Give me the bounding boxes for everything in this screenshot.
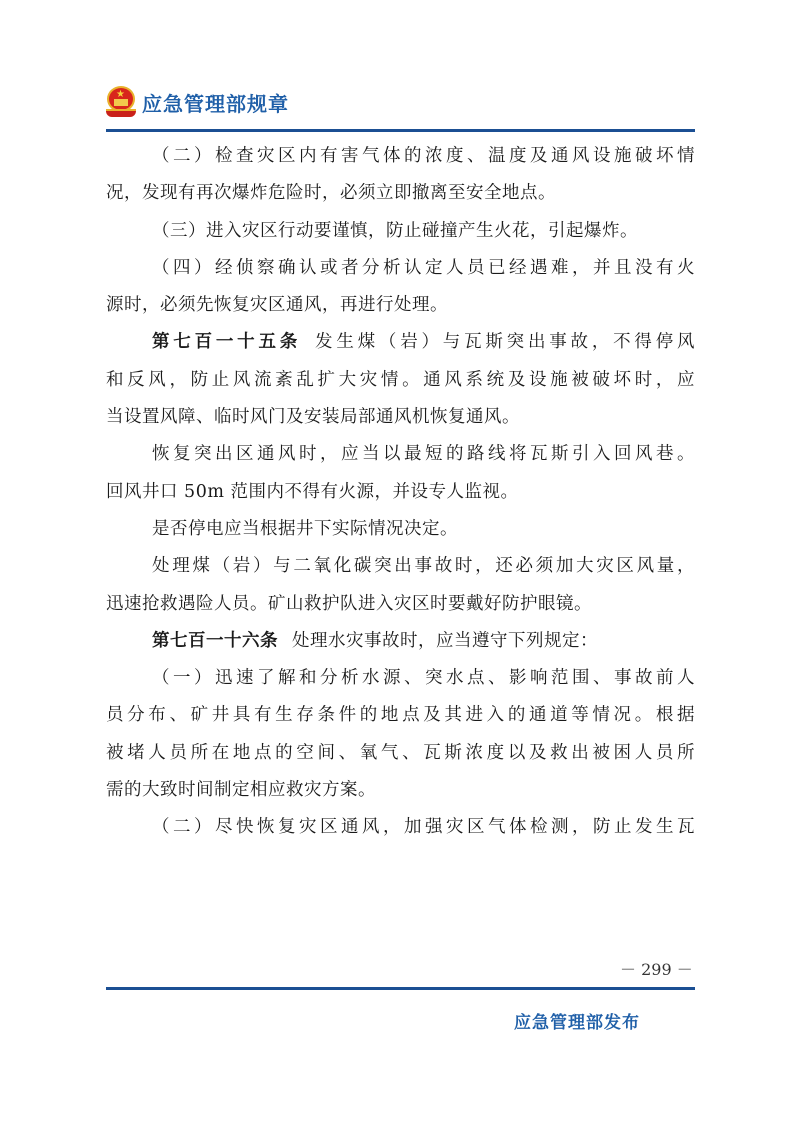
document-body: （二）检查灾区内有害气体的浓度、温度及通风设施破坏情况，发现有再次爆炸危险时，必… xyxy=(106,138,695,847)
line-text: 是否停电应当根据井下实际情况决定。 xyxy=(152,519,458,539)
line-text: 处理水灾事故时，应当遵守下列规定： xyxy=(292,631,598,651)
line-text: 被堵人员所在地点的空间、氧气、瓦斯浓度以及救出被困人员所 xyxy=(106,743,695,763)
page-number: － 299 － xyxy=(620,957,693,980)
header-divider xyxy=(106,129,695,132)
article-number: 第七百一十六条 xyxy=(152,631,278,651)
text-line: 源时，必须先恢复灾区通风，再进行处理。 xyxy=(106,287,695,324)
article-line: 第七百一十六条处理水灾事故时，应当遵守下列规定： xyxy=(106,623,695,660)
line-text: （二）检查灾区内有害气体的浓度、温度及通风设施破坏情 xyxy=(152,146,695,166)
line-text: 迅速抢救遇险人员。矿山救护队进入灾区时要戴好防护眼镜。 xyxy=(106,594,592,614)
line-text: （四）经侦察确认或者分析认定人员已经遇难，并且没有火 xyxy=(152,258,695,278)
line-text: 和反风，防止风流紊乱扩大灾情。通风系统及设施被破坏时，应 xyxy=(106,370,695,390)
text-line: （二）检查灾区内有害气体的浓度、温度及通风设施破坏情 xyxy=(106,138,695,175)
text-line: 当设置风障、临时风门及安装局部通风机恢复通风。 xyxy=(106,399,695,436)
text-line: （四）经侦察确认或者分析认定人员已经遇难，并且没有火 xyxy=(106,250,695,287)
text-line: 需的大致时间制定相应救灾方案。 xyxy=(106,772,695,809)
text-line: 是否停电应当根据井下实际情况决定。 xyxy=(106,511,695,548)
line-text: 当设置风障、临时风门及安装局部通风机恢复通风。 xyxy=(106,407,520,427)
page-header: ★ 应急管理部规章 xyxy=(104,84,289,120)
line-text: 源时，必须先恢复灾区通风，再进行处理。 xyxy=(106,295,448,315)
line-text: 回风井口 50m 范围内不得有火源，并设专人监视。 xyxy=(106,482,519,502)
text-line: （三）进入灾区行动要谨慎，防止碰撞产生火花，引起爆炸。 xyxy=(106,213,695,250)
article-line: 第七百一十五条发生煤（岩）与瓦斯突出事故，不得停风 xyxy=(106,324,695,361)
line-text: 员分布、矿井具有生存条件的地点及其进入的通道等情况。根据 xyxy=(106,705,695,725)
text-line: 和反风，防止风流紊乱扩大灾情。通风系统及设施被破坏时，应 xyxy=(106,362,695,399)
line-text: 恢复突出区通风时，应当以最短的路线将瓦斯引入回风巷。 xyxy=(152,444,695,464)
line-text: 处理煤（岩）与二氧化碳突出事故时，还必须加大灾区风量， xyxy=(152,556,695,576)
article-number: 第七百一十五条 xyxy=(152,332,301,352)
text-line: 况，发现有再次爆炸危险时，必须立即撤离至安全地点。 xyxy=(106,175,695,212)
text-line: 回风井口 50m 范围内不得有火源，并设专人监视。 xyxy=(106,474,695,511)
header-title: 应急管理部规章 xyxy=(142,88,289,117)
text-line: 恢复突出区通风时，应当以最短的路线将瓦斯引入回风巷。 xyxy=(106,436,695,473)
text-line: 处理煤（岩）与二氧化碳突出事故时，还必须加大灾区风量， xyxy=(106,548,695,585)
line-text: （一）迅速了解和分析水源、突水点、影响范围、事故前人 xyxy=(152,668,695,688)
line-text: 况，发现有再次爆炸危险时，必须立即撤离至安全地点。 xyxy=(106,183,556,203)
line-text: （二）尽快恢复灾区通风，加强灾区气体检测，防止发生瓦 xyxy=(152,817,695,837)
footer-publisher: 应急管理部发布 xyxy=(514,1008,640,1033)
line-text: （三）进入灾区行动要谨慎，防止碰撞产生火花，引起爆炸。 xyxy=(152,221,638,241)
footer-divider xyxy=(106,987,695,990)
line-text: 发生煤（岩）与瓦斯突出事故，不得停风 xyxy=(315,332,695,352)
text-line: 被堵人员所在地点的空间、氧气、瓦斯浓度以及救出被困人员所 xyxy=(106,735,695,772)
text-line: （二）尽快恢复灾区通风，加强灾区气体检测，防止发生瓦 xyxy=(106,809,695,846)
text-line: 员分布、矿井具有生存条件的地点及其进入的通道等情况。根据 xyxy=(106,697,695,734)
text-line: （一）迅速了解和分析水源、突水点、影响范围、事故前人 xyxy=(106,660,695,697)
national-emblem-icon: ★ xyxy=(104,85,138,119)
text-line: 迅速抢救遇险人员。矿山救护队进入灾区时要戴好防护眼镜。 xyxy=(106,586,695,623)
line-text: 需的大致时间制定相应救灾方案。 xyxy=(106,780,376,800)
